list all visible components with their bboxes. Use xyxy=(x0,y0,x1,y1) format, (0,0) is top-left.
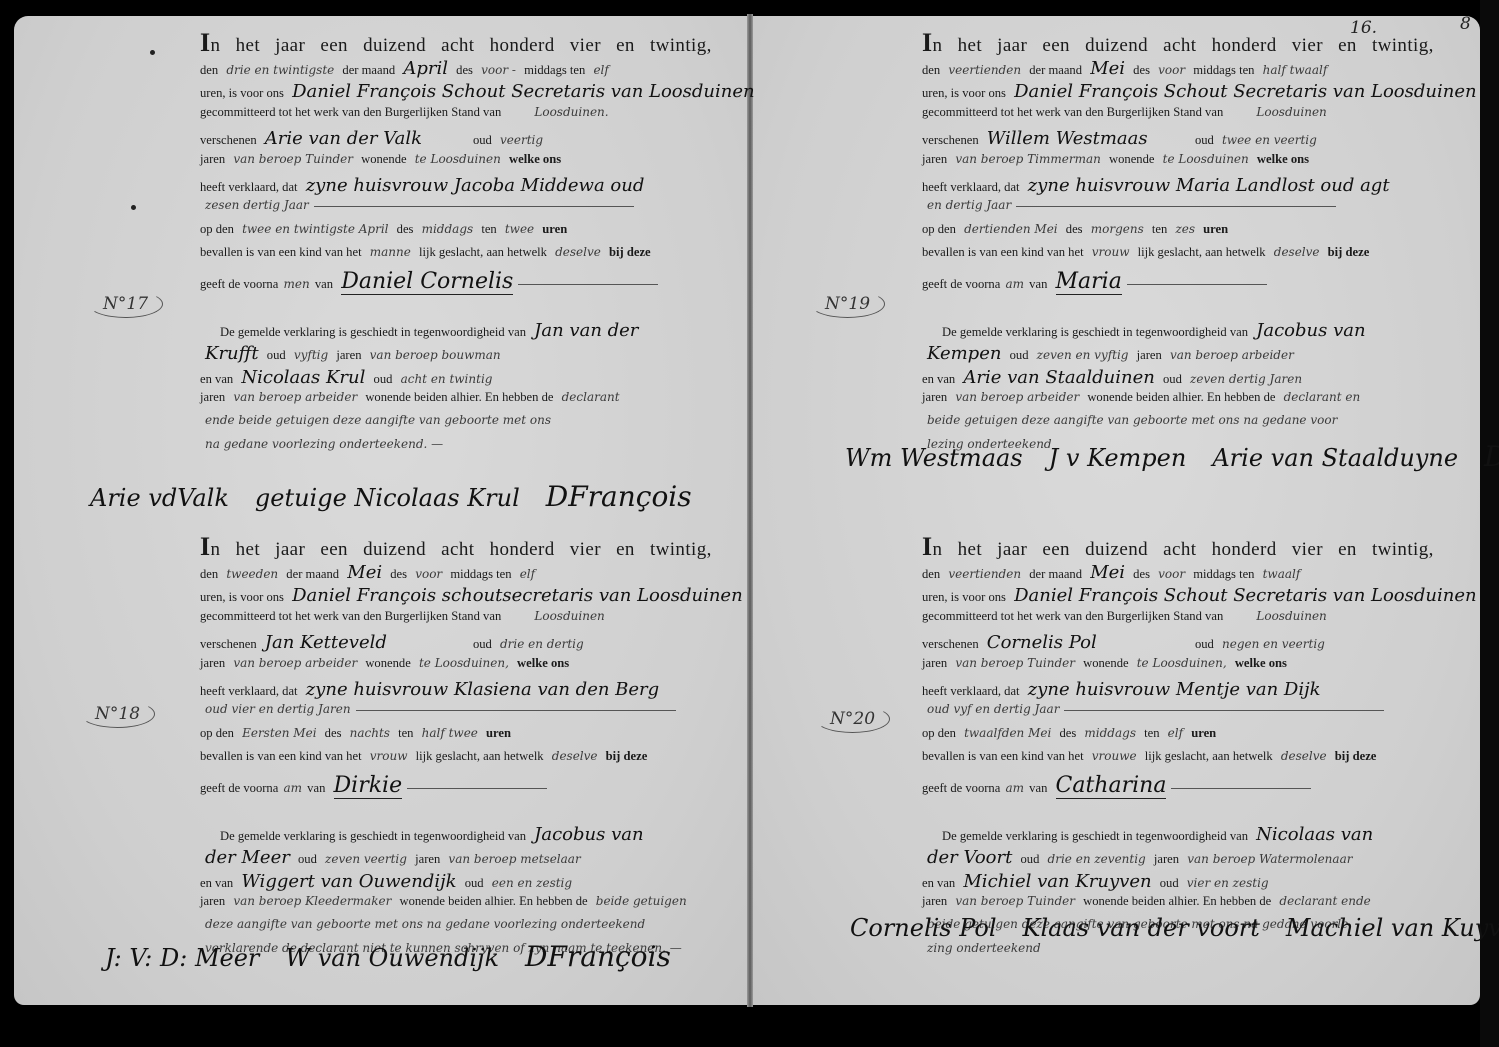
record-line-declarant: verschenen Cornelis Pol oud negen en vee… xyxy=(922,632,1467,655)
record-line-municipality: gecommitteerd tot het werk van den Burge… xyxy=(200,105,745,128)
record-line-child-name: geeft de voorna am van Maria xyxy=(922,269,1467,292)
record-line-official: uren, is voor ons Daniel François Schout… xyxy=(922,585,1467,608)
record-number: N°18 xyxy=(80,700,155,728)
record-line-witness2: en van Nicolaas Krul oud acht en twintig xyxy=(200,367,745,390)
record-number: N°19 xyxy=(810,290,885,318)
record-line-birth: op den twaalfden Mei des middags ten elf… xyxy=(922,726,1467,749)
record-line-mother-age: zesen dertig Jaar xyxy=(200,198,745,221)
record-line-child-name: geeft de voorna am van Dirkie xyxy=(200,773,745,796)
record-line-date: den veertienden der maand Mei des voor m… xyxy=(922,562,1467,585)
record-line-witness2-profession: jaren van beroep arbeider wonende beiden… xyxy=(200,390,745,413)
record-line-official: uren, is voor ons Daniel François schout… xyxy=(200,585,745,608)
record-heading: In het jaar een duizend acht honderd vie… xyxy=(200,28,745,58)
signature: Klaas van der voort xyxy=(1023,914,1260,942)
record-line-child-name: geeft de voorna am van Catharina xyxy=(922,773,1467,796)
record-line-sex: bevallen is van een kind van het manne l… xyxy=(200,245,745,268)
record-line-declarant: verschenen Jan Ketteveld oud drie en der… xyxy=(200,632,745,655)
official-signature: DFrançois xyxy=(1484,440,1499,473)
official-signature: DFrançois xyxy=(546,480,692,513)
signature: J: V: D: Meer xyxy=(105,944,259,972)
record-line-mother: heeft verklaard, dat zyne huisvrouw Klas… xyxy=(200,679,745,702)
record-line-date: den veertienden der maand Mei des voor m… xyxy=(922,58,1467,81)
record-line-closing2: na gedane voorlezing onderteekend. — xyxy=(200,437,745,460)
record-line-closing: beide getuigen deze aangifte van geboort… xyxy=(922,413,1467,436)
record-line-mother-age: oud vyf en dertig Jaar xyxy=(922,702,1467,725)
child-name: Maria xyxy=(1056,269,1122,295)
record-line-declarant: verschenen Arie van der Valk oud veertig xyxy=(200,128,745,151)
ink-spot xyxy=(150,50,155,55)
record-line-official: uren, is voor ons Daniel François Schout… xyxy=(922,81,1467,104)
book-spine xyxy=(747,14,753,1007)
record-line-witness2: en van Wiggert van Ouwendijk oud een en … xyxy=(200,871,745,894)
birth-record: In het jaar een duizend acht honderd vie… xyxy=(200,28,745,460)
signatures: Cornelis PolKlaas van der voortMachiel v… xyxy=(850,910,1499,943)
signatures: Wm WestmaasJ v KempenArie van Staalduyne… xyxy=(845,440,1499,473)
record-line-mother: heeft verklaard, dat zyne huisvrouw Jaco… xyxy=(200,175,745,198)
child-name: Dirkie xyxy=(334,773,403,799)
child-name: Daniel Cornelis xyxy=(341,269,513,295)
record-line-mother-age: oud vier en dertig Jaren xyxy=(200,702,745,725)
birth-record: In het jaar een duizend acht honderd vie… xyxy=(200,532,745,964)
signature: getuige Nicolaas Krul xyxy=(255,484,520,512)
record-line-profession: jaren van beroep Tuinder wonende te Loos… xyxy=(200,152,745,175)
record-line-witness1: De gemelde verklaring is geschiedt in te… xyxy=(200,320,745,343)
record-heading: In het jaar een duizend acht honderd vie… xyxy=(922,532,1467,562)
record-line-sex: bevallen is van een kind van het vrouwe … xyxy=(922,749,1467,772)
record-number: N°20 xyxy=(815,705,890,733)
record-line-witness2-profession: jaren van beroep arbeider wonende beiden… xyxy=(922,390,1467,413)
birth-record: In het jaar een duizend acht honderd vie… xyxy=(922,28,1467,460)
record-line-witness2: en van Michiel van Kruyven oud vier en z… xyxy=(922,871,1467,894)
record-number: N°17 xyxy=(88,290,163,318)
record-line-mother: heeft verklaard, dat zyne huisvrouw Ment… xyxy=(922,679,1467,702)
signature: Arie van Staalduyne xyxy=(1212,444,1458,472)
record-line-closing: ende beide getuigen deze aangifte van ge… xyxy=(200,413,745,436)
record-line-witness1: De gemelde verklaring is geschiedt in te… xyxy=(922,824,1467,847)
signature: Machiel van Kuyven xyxy=(1286,914,1499,942)
record-heading: In het jaar een duizend acht honderd vie… xyxy=(200,532,745,562)
birth-record: In het jaar een duizend acht honderd vie… xyxy=(922,532,1467,964)
record-line-mother-age: en dertig Jaar xyxy=(922,198,1467,221)
record-line-witness1-age: der Meer oud zeven veertig jaren van ber… xyxy=(200,847,745,870)
record-line-sex: bevallen is van een kind van het vrouw l… xyxy=(922,245,1467,268)
record-line-witness1-age: Kempen oud zeven en vyftig jaren van ber… xyxy=(922,343,1467,366)
signatures: Arie vdValkgetuige Nicolaas KrulDFrançoi… xyxy=(90,480,718,513)
record-line-mother: heeft verklaard, dat zyne huisvrouw Mari… xyxy=(922,175,1467,198)
ink-spot xyxy=(131,205,136,210)
record-line-witness1: De gemelde verklaring is geschiedt in te… xyxy=(200,824,745,847)
record-line-birth: op den Eersten Mei des nachts ten half t… xyxy=(200,726,745,749)
record-line-witness1-age: Krufft oud vyftig jaren van beroep bouwm… xyxy=(200,343,745,366)
record-heading: In het jaar een duizend acht honderd vie… xyxy=(922,28,1467,58)
official-signature: DFrançois xyxy=(525,940,671,973)
record-line-witness2-profession: jaren van beroep Kleedermaker wonende be… xyxy=(200,894,745,917)
record-line-declarant: verschenen Willem Westmaas oud twee en v… xyxy=(922,128,1467,151)
record-line-municipality: gecommitteerd tot het werk van den Burge… xyxy=(922,609,1467,632)
record-line-birth: op den dertienden Mei des morgens ten ze… xyxy=(922,222,1467,245)
record-line-witness1: De gemelde verklaring is geschiedt in te… xyxy=(922,320,1467,343)
record-line-witness2: en van Arie van Staalduinen oud zeven de… xyxy=(922,367,1467,390)
signatures: J: V: D: MeerW van OuwendijkDFrançois xyxy=(105,940,697,973)
record-line-official: uren, is voor ons Daniel François Schout… xyxy=(200,81,745,104)
signature: J v Kempen xyxy=(1049,444,1187,472)
signature: Cornelis Pol xyxy=(850,914,997,942)
record-line-municipality: gecommitteerd tot het werk van den Burge… xyxy=(200,609,745,632)
record-line-municipality: gecommitteerd tot het werk van den Burge… xyxy=(922,105,1467,128)
child-name: Catharina xyxy=(1056,773,1167,799)
signature: Arie vdValk xyxy=(90,484,229,512)
scan-border xyxy=(1480,0,1499,1047)
signature: Wm Westmaas xyxy=(845,444,1023,472)
record-line-closing: deze aangifte van geboorte met ons na ge… xyxy=(200,917,745,940)
record-line-witness1-age: der Voort oud drie en zeventig jaren van… xyxy=(922,847,1467,870)
record-line-date: den tweeden der maand Mei des voor midda… xyxy=(200,562,745,585)
record-line-closing2: zing onderteekend xyxy=(922,941,1467,964)
record-line-profession: jaren van beroep Tuinder wonende te Loos… xyxy=(922,656,1467,679)
signature: W van Ouwendijk xyxy=(285,944,499,972)
record-line-child-name: geeft de voorna men van Daniel Cornelis xyxy=(200,269,745,292)
record-line-profession: jaren van beroep Timmerman wonende te Lo… xyxy=(922,152,1467,175)
record-line-sex: bevallen is van een kind van het vrouw l… xyxy=(200,749,745,772)
record-line-birth: op den twee en twintigste April des midd… xyxy=(200,222,745,245)
record-line-date: den drie en twintigste der maand April d… xyxy=(200,58,745,81)
record-line-profession: jaren van beroep arbeider wonende te Loo… xyxy=(200,656,745,679)
